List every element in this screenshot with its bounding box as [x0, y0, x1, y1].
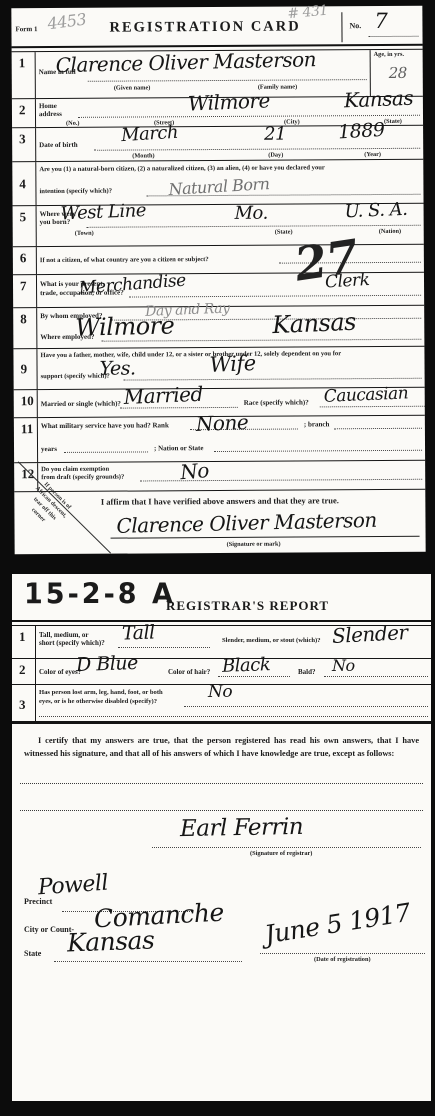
eyes-label: Color of eyes?: [39, 668, 81, 677]
branch-label: ; branch: [304, 420, 330, 429]
row-content: What is your present trade, occupation, …: [37, 273, 424, 307]
precinct-handwriting: Powell: [37, 870, 109, 900]
race-label: Race (specify which)?: [244, 398, 309, 407]
dotted-line: [39, 716, 428, 717]
row-disability: 3 Has person lost arm, leg, hand, foot, …: [12, 685, 431, 721]
dotted-line: [152, 847, 421, 848]
row-content: Are you (1) a natural-born citizen, (2) …: [36, 160, 423, 205]
name-handwriting: Clarence Oliver Masterson: [55, 47, 316, 77]
signature-label: (Signature or mark): [227, 541, 281, 548]
height-handwriting: Tall: [122, 621, 155, 644]
citizenship-label-2: intention (specify which)?: [39, 188, 112, 197]
row-number: 3: [12, 128, 36, 161]
nation-state-label: ; Nation or State: [154, 444, 204, 453]
row-content: Date of birth (Month) (Day) (Year) March…: [36, 126, 423, 161]
card1-title: REGISTRATION CARD: [109, 18, 300, 36]
row-number: 10: [14, 390, 38, 417]
hair-label: Color of hair?: [168, 668, 210, 677]
employed-city-handwriting: Wilmore: [75, 311, 175, 341]
card1-header: Form 1 4453 REGISTRATION CARD # 431 No. …: [11, 6, 422, 47]
rank-handwriting: None: [195, 410, 248, 436]
row-number: 3: [12, 685, 36, 721]
military-label: What military service have you had? Rank: [41, 421, 169, 431]
nation-handwriting: U. S. A.: [344, 199, 408, 223]
month-sub: (Month): [132, 152, 154, 159]
state-sub: (State): [275, 229, 293, 236]
eyes-handwriting: D Blue: [76, 652, 139, 676]
registrar-signature: Earl Ferrin: [180, 813, 304, 841]
dotted-line: [369, 36, 419, 37]
town-sub: (Town): [75, 230, 94, 237]
row-employer: 8 By whom employed? Day and Ray Where em…: [13, 306, 424, 350]
dotted-line: [184, 706, 428, 707]
dependents-who-handwriting: Wife: [209, 351, 256, 377]
form-number-label: Form 1: [15, 25, 37, 34]
row-date-of-birth: 3 Date of birth (Month) (Day) (Year) Mar…: [12, 126, 423, 163]
hair-handwriting: Black: [222, 654, 271, 677]
married-handwriting: Married: [123, 382, 203, 409]
registrant-signature: Clarence Oliver Masterson: [116, 508, 377, 538]
certification-text: I certify that my answers are true, that…: [24, 734, 419, 761]
age-header: Age, in yrs.: [374, 51, 404, 58]
row-number: 8: [13, 308, 37, 348]
married-label: Married or single (which)?: [41, 400, 121, 409]
given-name-sub: (Given name): [114, 84, 151, 91]
dotted-line: [118, 647, 210, 648]
row-number: 6: [13, 247, 37, 274]
dependents-answer-handwriting: Yes.: [99, 358, 135, 380]
card-no-label: No.: [349, 21, 361, 31]
year-sub: (Year): [364, 151, 381, 158]
dotted-line: [324, 676, 428, 677]
build-handwriting: Slender: [331, 620, 408, 648]
row-number: 1: [12, 626, 36, 658]
registrar-signature-block: Earl Ferrin (Signature of registrar): [12, 811, 431, 867]
dotted-line: [334, 428, 422, 430]
dotted-line: [78, 115, 420, 118]
nation-sub: (Nation): [379, 228, 401, 235]
row-content: Have you a father, mother, wife, child u…: [37, 347, 424, 389]
card-no-box: No. 7: [341, 12, 420, 42]
registration-date-handwriting: June 5 1917: [263, 897, 413, 949]
row-number: 9: [13, 349, 37, 389]
row-number: 5: [13, 206, 37, 246]
row-number: 4: [12, 162, 36, 205]
state-handwriting: Kansas: [343, 86, 413, 113]
dotted-line: [88, 79, 367, 82]
location-date-block: Precinct Powell City or Count- Comanche …: [12, 867, 431, 1017]
state-sub: (State): [384, 118, 402, 125]
dotted-line: [54, 961, 242, 962]
state-handwriting: Mo.: [235, 203, 268, 224]
row-number: 2: [12, 99, 36, 127]
corner-note: If person is of African descent, tear of…: [14, 473, 81, 539]
dotted-line: [20, 783, 423, 784]
month-handwriting: March: [121, 122, 179, 146]
row-dependents: 9 Have you a father, mother, wife, child…: [13, 347, 424, 391]
dob-label: Date of birth: [39, 141, 78, 150]
state-label: State: [24, 949, 41, 959]
row-number: 1: [12, 52, 36, 98]
city-handwriting: Wilmore: [187, 88, 270, 115]
row-birthplace: 5 Where were you born? (Town) (State) (N…: [13, 204, 424, 248]
year-handwriting: 1889: [337, 119, 385, 144]
row-content: By whom employed? Day and Ray Where empl…: [37, 306, 424, 348]
bald-label: Bald?: [298, 668, 316, 677]
card2-title: REGISTRAR'S REPORT: [166, 598, 329, 614]
serial-stamp: 15-2-8 A: [24, 578, 176, 611]
row-citizenship: 4 Are you (1) a natural-born citizen, (2…: [12, 160, 423, 207]
town-handwriting: West Line: [60, 200, 146, 224]
row-number: 7: [13, 275, 37, 307]
pencil-serial: 4453: [46, 10, 87, 34]
exemption-handwriting: No: [179, 458, 209, 484]
registrars-report-card: 15-2-8 A REGISTRAR'S REPORT 1 Tall, medi…: [12, 574, 431, 1101]
registration-card: Form 1 4453 REGISTRATION CARD # 431 No. …: [11, 6, 425, 555]
disability-handwriting: No: [208, 682, 232, 702]
report-rows: 1 Tall, medium, or short (specify which)…: [12, 626, 431, 724]
disability-label-1: Has person lost arm, leg, hand, foot, or…: [39, 689, 163, 698]
ink-scribble: 27: [291, 229, 361, 292]
dotted-line: [124, 378, 422, 381]
height-label-2: short (specify which)?: [39, 639, 105, 648]
dotted-line: [129, 295, 421, 298]
tear-off-corner: If person is of African descent, tear of…: [14, 454, 115, 555]
age-handwriting: 28: [389, 64, 407, 82]
registration-date-label: (Date of registration): [314, 956, 371, 963]
card2-header: 15-2-8 A REGISTRAR'S REPORT: [12, 574, 431, 620]
row-number: 2: [12, 659, 36, 684]
disability-label-2: eyes, or is he otherwise disabled (speci…: [39, 698, 157, 707]
dependents-label-1: Have you a father, mother, wife, child u…: [40, 350, 341, 360]
row-content: Has person lost arm, leg, hand, foot, or…: [36, 685, 431, 721]
trade-handwriting-1: Merchandise: [78, 271, 186, 299]
dotted-line: [260, 953, 425, 954]
employed-state-handwriting: Kansas: [272, 308, 357, 339]
state-handwriting: Kansas: [67, 925, 155, 957]
row-content: Color of eyes? D Blue Color of hair? Bla…: [36, 659, 431, 684]
no-sub: (No.): [66, 120, 80, 127]
build-label: Slender, medium, or stout (which)?: [222, 637, 321, 646]
day-sub: (Day): [268, 152, 283, 159]
race-handwriting: Caucasian: [323, 383, 408, 406]
city-sub: (City): [284, 119, 300, 126]
registrar-signature-label: (Signature of registrar): [250, 850, 312, 857]
bald-handwriting: No: [332, 656, 355, 675]
not-citizen-label: If not a citizen, of what country are yo…: [40, 256, 209, 266]
pencil-note: # 431: [286, 3, 328, 23]
years-label: years: [41, 445, 57, 454]
citizenship-label-1: Are you (1) a natural-born citizen, (2) …: [39, 164, 325, 174]
dotted-line: [214, 450, 422, 452]
card-no-value: 7: [374, 9, 387, 33]
dotted-line: [87, 225, 421, 228]
day-handwriting: 21: [264, 124, 286, 145]
address-label: address: [39, 110, 62, 119]
row-content: Where were you born? (Town) (State) (Nat…: [37, 204, 424, 246]
scan-background: Form 1 4453 REGISTRATION CARD # 431 No. …: [0, 0, 435, 1116]
